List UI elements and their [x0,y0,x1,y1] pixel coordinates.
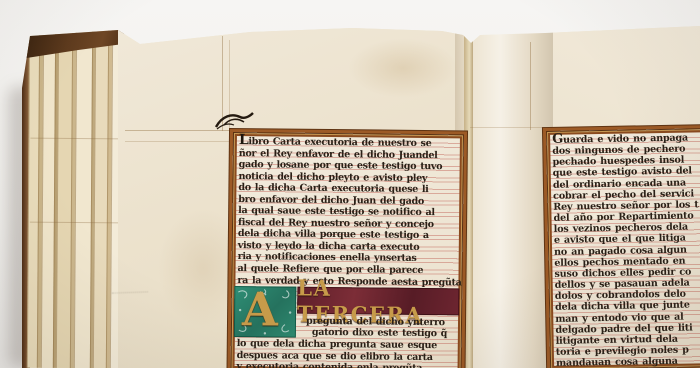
left-text-lines: Libro Carta executoria de nuestro se ñor… [237,135,460,288]
right-text-block: Guarda e vido no anpaga dos ningunos de … [546,128,700,368]
pen-flourish [213,111,255,133]
illuminated-initial-block: A [234,286,297,338]
book: Libro Carta executoria de nuestro se ñor… [0,0,700,368]
heading-row: A LA TERCERA pregunta del dicho ynterro … [234,286,460,342]
illuminated-initial-letter: A [242,282,278,336]
margin-ruling-horizontal [470,127,545,128]
left-text-block: Libro Carta executoria de nuestro se ñor… [231,132,464,368]
manuscript-line: gatorio dixo este testigo q̃ [312,327,447,340]
margin-ruling-horizontal [125,141,233,142]
left-text-tail-lines: lo que dela dicha pregunta saue esque de… [236,338,457,368]
page-edges-stack [27,30,125,368]
marginal-inscription [112,291,148,300]
photo-open-manuscript: Libro Carta executoria de nuestro se ñor… [0,0,700,368]
parchment-stain [348,38,458,98]
right-text-lines: Guarda e vido no anpaga dos ningunos de … [552,130,700,368]
heading-banner: LA TERCERA [297,287,459,316]
gutter-fold [455,28,553,368]
margin-ruling-vertical [530,42,531,130]
